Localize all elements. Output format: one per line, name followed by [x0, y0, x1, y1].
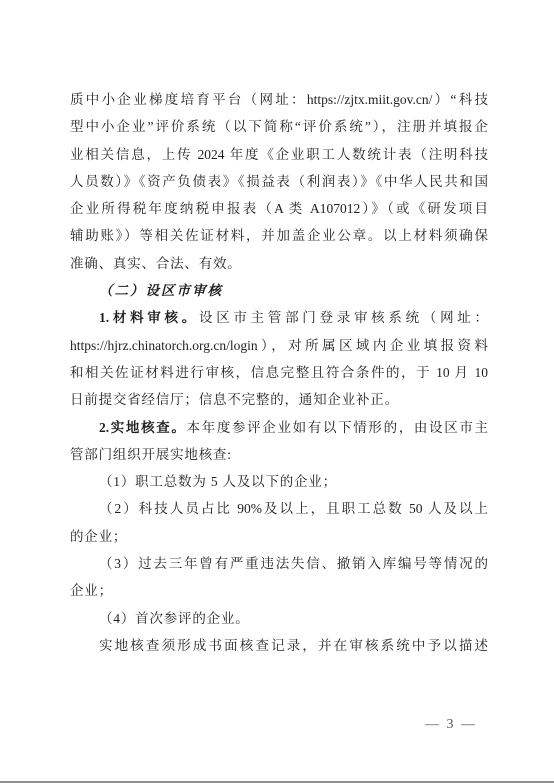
line-text: 型中小企业”评价系统（以下简称“评价系统”），注册并填报企: [70, 119, 488, 134]
bold-lead-text: 2.实地核查。: [99, 420, 187, 435]
body-line: 和相关佐证材料进行审核，信息完整且符合条件的，于 10 月 10: [70, 359, 488, 386]
body-line: 型中小企业”评价系统（以下简称“评价系统”），注册并填报企: [70, 113, 488, 140]
body-line: 准确、真实、合法、有效。: [70, 250, 488, 277]
line-text: 本年度参评企业如有以下情形的，由设区市主: [187, 420, 488, 435]
line-text: （4）首次参评的企业。: [99, 611, 250, 626]
line-text: 辅助账》）等相关佐证材料，并加盖企业公章。以上材料须确保: [70, 228, 488, 243]
body-line: 日前提交省经信厅；信息不完整的，通知企业补正。: [70, 386, 488, 413]
body-line: 质中小企业梯度培育平台（网址：https://zjtx.miit.gov.cn/…: [70, 86, 488, 113]
list-item-line: 的企业；: [70, 523, 488, 550]
line-text: https://hjrz.chinatorch.org.cn/login），对所…: [70, 338, 488, 353]
numbered-clause-1-line: 1.材料审核。设区市主管部门登录审核系统（网址：: [70, 304, 488, 331]
line-text: 的企业；: [70, 529, 127, 544]
line-text: 实地核查须形成书面核查记录，并在审核系统中予以描述: [99, 638, 488, 653]
line-text: （3）过去三年曾有严重违法失信、撤销入库编号等情况的: [99, 556, 488, 571]
body-line: 辅助账》）等相关佐证材料，并加盖企业公章。以上材料须确保: [70, 222, 488, 249]
list-item-line: （4）首次参评的企业。: [70, 605, 488, 632]
line-text: （二）设区市审核: [99, 283, 223, 298]
document-page: 质中小企业梯度培育平台（网址：https://zjtx.miit.gov.cn/…: [0, 0, 554, 783]
line-text: 人员数）》《资产负债表》《损益表（利润表）》《中华人民共和国: [70, 174, 488, 189]
numbered-clause-2-line: 2.实地核查。本年度参评企业如有以下情形的，由设区市主: [70, 414, 488, 441]
list-item-line: （3）过去三年曾有严重违法失信、撤销入库编号等情况的: [70, 550, 488, 577]
line-text: 和相关佐证材料进行审核，信息完整且符合条件的，于 10 月 10: [70, 365, 488, 380]
line-text: 企业所得税年度纳税申报表（A 类 A107012）》（或《研发项目: [70, 201, 488, 216]
text-block: 质中小企业梯度培育平台（网址：https://zjtx.miit.gov.cn/…: [70, 86, 488, 659]
body-line: 实地核查须形成书面核查记录，并在审核系统中予以描述: [70, 632, 488, 659]
body-line: https://hjrz.chinatorch.org.cn/login），对所…: [70, 332, 488, 359]
line-text: 准确、真实、合法、有效。: [70, 256, 242, 271]
list-item-line: （1）职工总数为 5 人及以下的企业；: [70, 468, 488, 495]
line-text: （1）职工总数为 5 人及以下的企业；: [99, 474, 337, 489]
line-text: 管部门组织开展实地核查:: [70, 447, 232, 462]
list-item-line: 企业；: [70, 577, 488, 604]
section-heading: （二）设区市审核: [70, 277, 488, 304]
line-text: 质中小企业梯度培育平台（网址：https://zjtx.miit.gov.cn/…: [70, 92, 488, 107]
body-line: 管部门组织开展实地核查:: [70, 441, 488, 468]
list-item-line: （2）科技人员占比 90%及以上，且职工总数 50 人及以上: [70, 495, 488, 522]
line-text: 企业；: [70, 583, 113, 598]
line-text: 设区市主管部门登录审核系统（网址：: [199, 310, 488, 325]
body-line: 业相关信息，上传 2024 年度《企业职工人数统计表（注明科技: [70, 141, 488, 168]
line-text: 业相关信息，上传 2024 年度《企业职工人数统计表（注明科技: [70, 147, 488, 162]
line-text: 日前提交省经信厅；信息不完整的，通知企业补正。: [70, 392, 399, 407]
bold-lead-text: 1.材料审核。: [99, 310, 199, 325]
body-line: 人员数）》《资产负债表》《损益表（利润表）》《中华人民共和国: [70, 168, 488, 195]
body-line: 企业所得税年度纳税申报表（A 类 A107012）》（或《研发项目: [70, 195, 488, 222]
page-number: — 3 —: [425, 715, 477, 735]
line-text: （2）科技人员占比 90%及以上，且职工总数 50 人及以上: [99, 501, 488, 516]
